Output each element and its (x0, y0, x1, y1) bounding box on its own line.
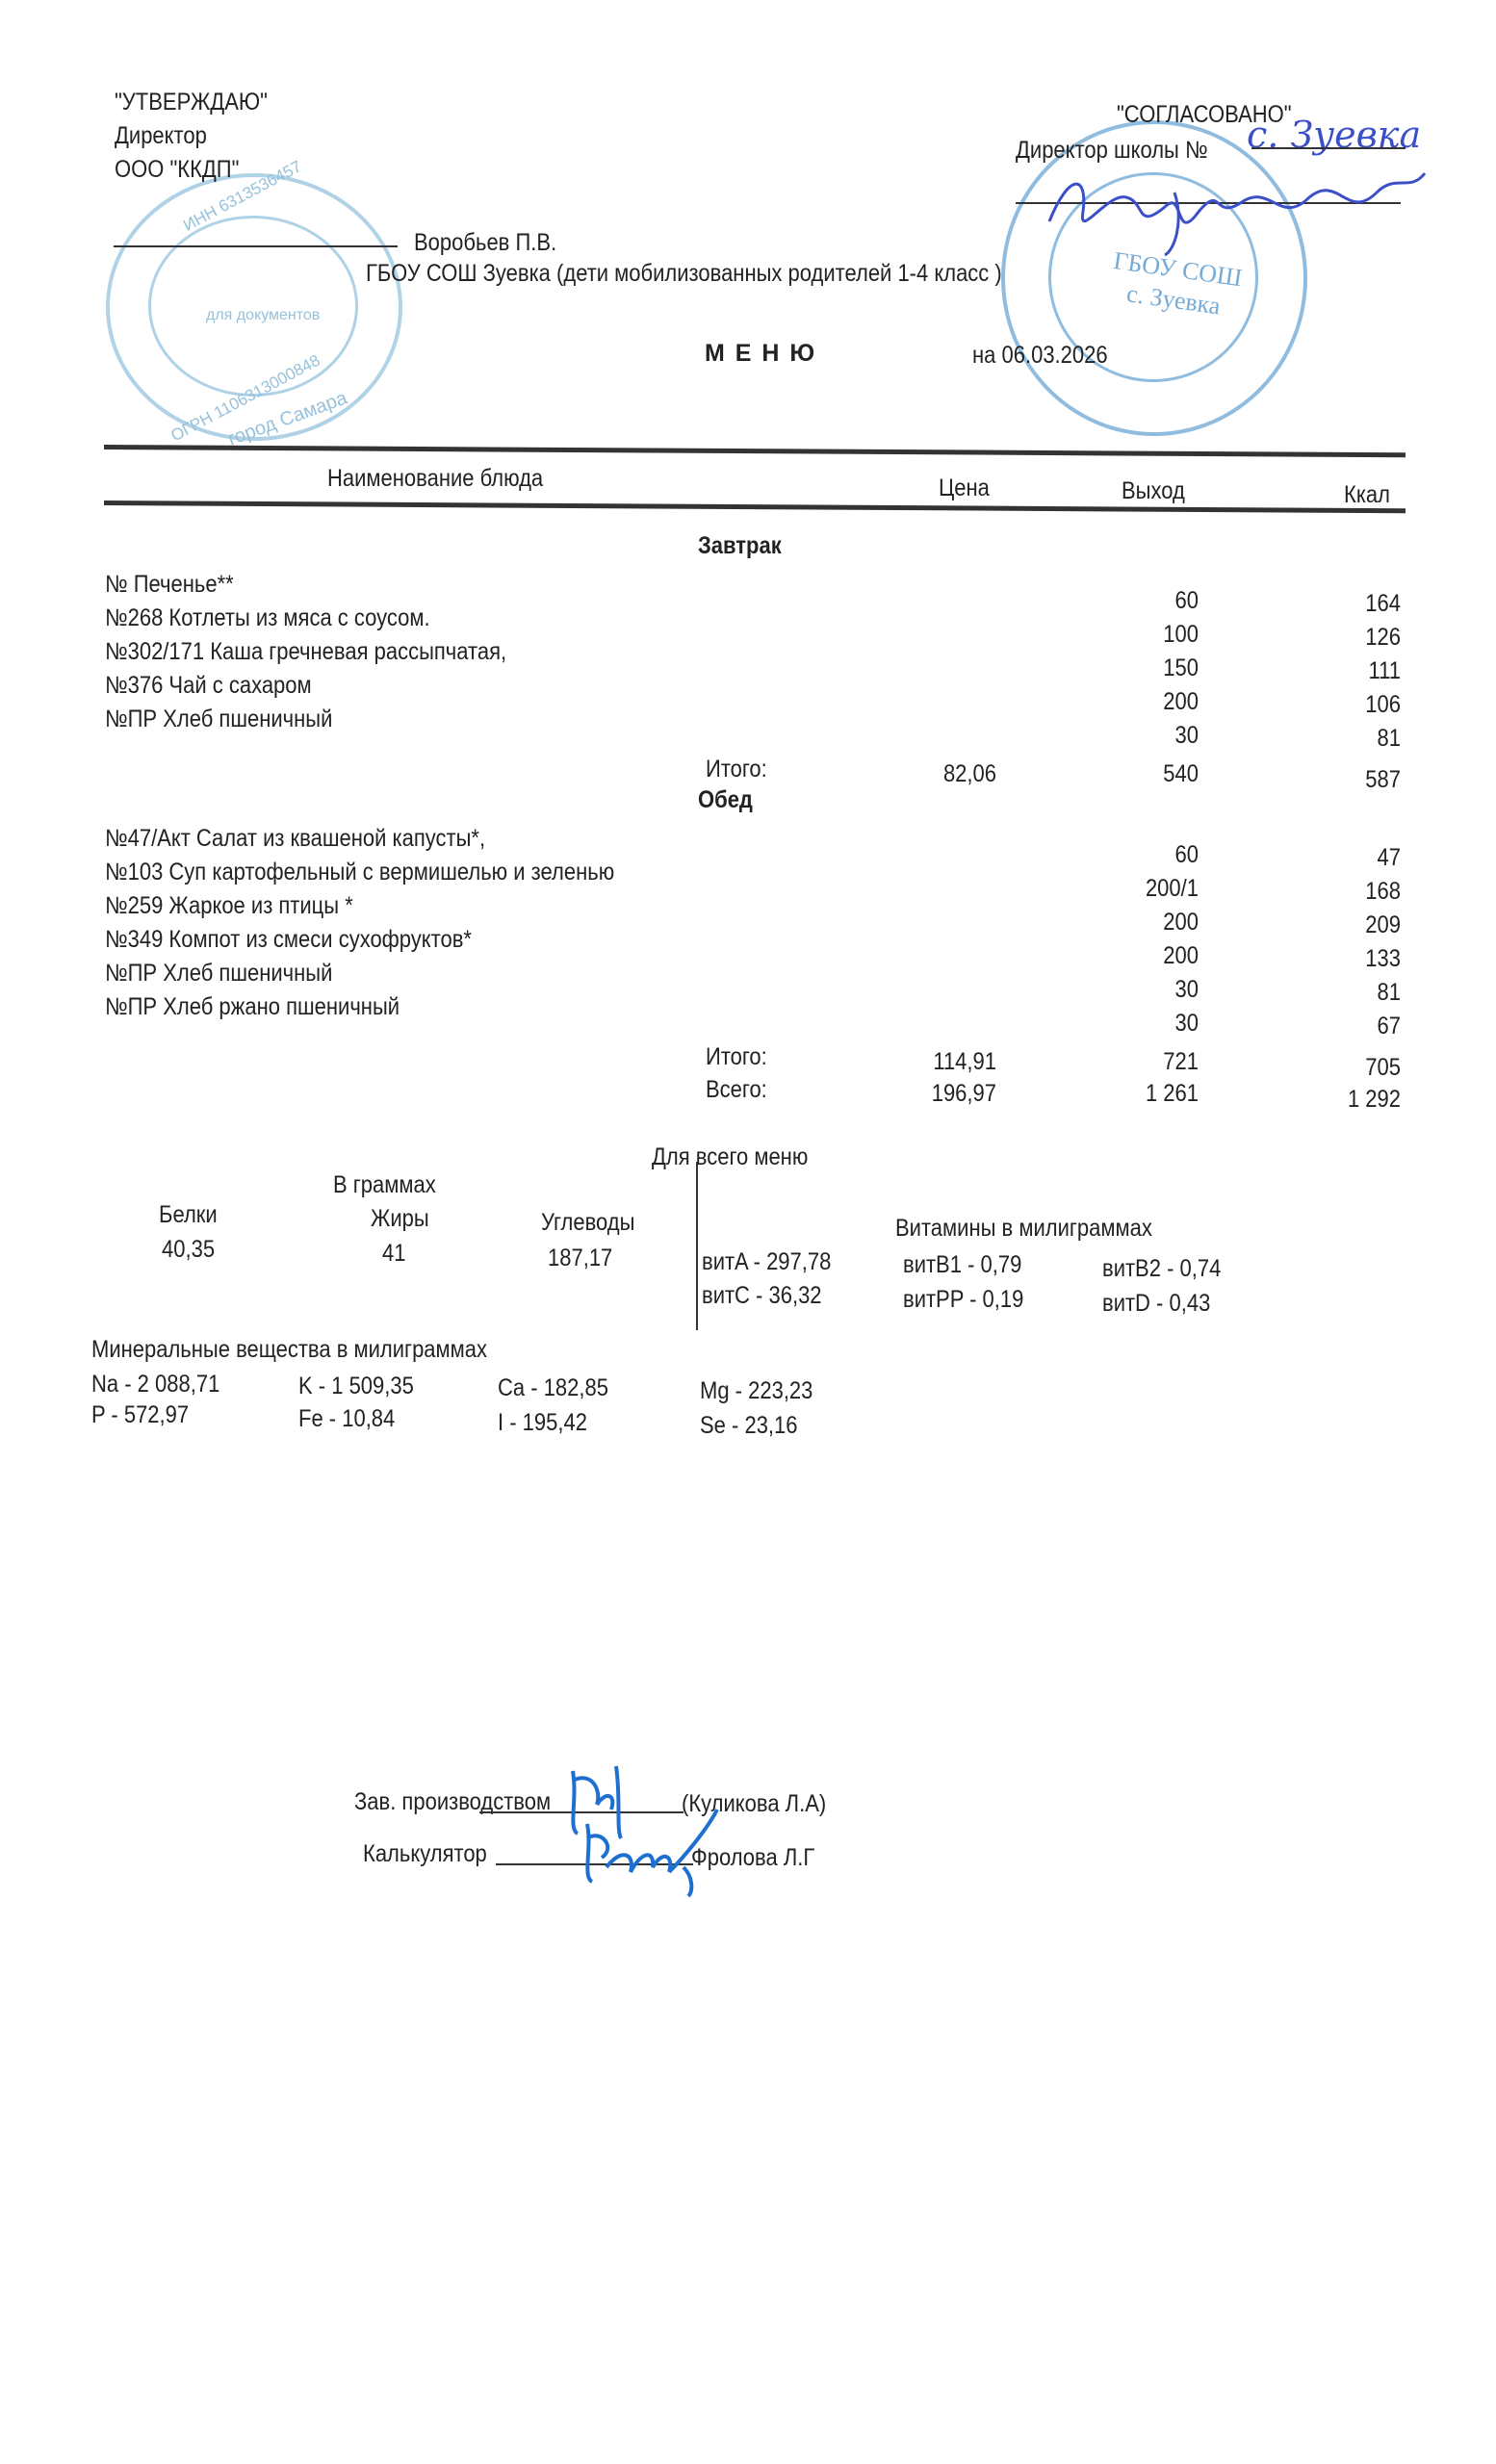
mineral-item: Ca - 182,85 (498, 1374, 608, 1402)
macro-value-protein: 40,35 (162, 1236, 215, 1264)
agree-number-line (1251, 147, 1406, 149)
total-kcal: 705 (1147, 1054, 1401, 1082)
nutrition-divider (696, 1162, 698, 1330)
mineral-item: Fe - 10,84 (298, 1405, 395, 1433)
dish-kcal: 67 (1147, 1013, 1401, 1040)
macro-value-fat: 41 (382, 1240, 405, 1268)
grand-total-kcal: 1 292 (1147, 1086, 1401, 1114)
col-header-yield: Выход (1122, 477, 1185, 505)
approve-org: ООО "ККДП" (115, 156, 239, 184)
menu-title: М Е Н Ю (705, 340, 816, 368)
col-header-price: Цена (939, 475, 990, 502)
approve-role: Директор (115, 122, 207, 150)
dish-name: №349 Компот из смеси сухофруктов* (105, 926, 472, 954)
dish-kcal: 81 (1147, 979, 1401, 1007)
dish-name: №47/Акт Салат из квашеной капусты*, (105, 825, 485, 853)
grams-title: В граммах (333, 1171, 436, 1199)
dish-name: №376 Чай с сахаром (105, 672, 312, 700)
vitamin-item: витA - 297,78 (702, 1248, 831, 1276)
agree-signature (1030, 154, 1434, 260)
handwritten-signatures (549, 1752, 741, 1906)
school-line: ГБОУ СОШ Зуевка (дети мобилизованных род… (366, 260, 1002, 288)
vitamin-item: витC - 36,32 (702, 1282, 822, 1310)
mineral-item: P - 572,97 (91, 1401, 189, 1429)
menu-date: на 06.03.2026 (972, 342, 1108, 370)
dish-kcal: 133 (1147, 945, 1401, 973)
dish-name: №259 Жаркое из птицы * (105, 892, 353, 920)
left-stamp: для документов ИНН 6313536457 ОГРН 11063… (106, 173, 402, 441)
vitamin-item: витD - 0,43 (1102, 1290, 1210, 1318)
vitamin-item: витPP - 0,19 (903, 1286, 1023, 1314)
dish-kcal: 81 (1147, 725, 1401, 753)
dish-name: №302/171 Каша гречневая рассыпчатая, (105, 638, 506, 666)
dish-kcal: 126 (1147, 624, 1401, 652)
dish-name: №ПР Хлеб пшеничный (105, 706, 332, 733)
dish-kcal: 47 (1147, 844, 1401, 872)
vitamin-item: витB1 - 0,79 (903, 1251, 1021, 1279)
minerals-title: Минеральные вещества в милиграммах (91, 1336, 487, 1364)
macro-value-carbs: 187,17 (548, 1245, 612, 1272)
approve-signature-line (114, 245, 398, 247)
nutrition-title: Для всего меню (652, 1143, 808, 1171)
dish-kcal: 209 (1147, 911, 1401, 939)
agree-handwritten: с. Зуевка (1247, 114, 1421, 156)
vitamins-title: Витамины в милиграммах (895, 1215, 1152, 1243)
dish-kcal: 106 (1147, 691, 1401, 719)
total-kcal: 587 (1147, 766, 1401, 794)
section-title: Обед (698, 786, 753, 814)
macro-label-carbs: Углеводы (541, 1209, 634, 1237)
table-top-rule (104, 445, 1406, 457)
mineral-item: I - 195,42 (498, 1409, 587, 1437)
mineral-item: Se - 23,16 (700, 1412, 798, 1440)
approve-title: "УТВЕРЖДАЮ" (115, 89, 268, 116)
col-header-name: Наименование блюда (327, 465, 543, 493)
section-title: Завтрак (698, 532, 782, 560)
dish-kcal: 111 (1147, 657, 1401, 685)
col-header-kcal: Ккал (1344, 481, 1390, 509)
mineral-item: K - 1 509,35 (298, 1373, 414, 1400)
dish-name: № Печенье** (105, 571, 234, 599)
macro-label-fat: Жиры (371, 1205, 429, 1233)
dish-name: №268 Котлеты из мяса с соусом. (105, 604, 430, 632)
mineral-item: Na - 2 088,71 (91, 1371, 219, 1399)
dish-name: №ПР Хлеб ржано пшеничный (105, 993, 400, 1021)
dish-kcal: 168 (1147, 878, 1401, 906)
vitamin-item: витB2 - 0,74 (1102, 1255, 1221, 1283)
table-header-rule (104, 500, 1406, 513)
mineral-item: Mg - 223,23 (700, 1377, 812, 1405)
dish-name: №103 Суп картофельный с вермишелью и зел… (105, 859, 614, 886)
approve-name: Воробьев П.В. (414, 229, 556, 257)
dish-name: №ПР Хлеб пшеничный (105, 960, 332, 988)
stamp-text: для документов (206, 307, 320, 324)
calculator-label: Калькулятор (363, 1840, 487, 1868)
macro-label-protein: Белки (159, 1201, 218, 1229)
dish-kcal: 164 (1147, 590, 1401, 618)
